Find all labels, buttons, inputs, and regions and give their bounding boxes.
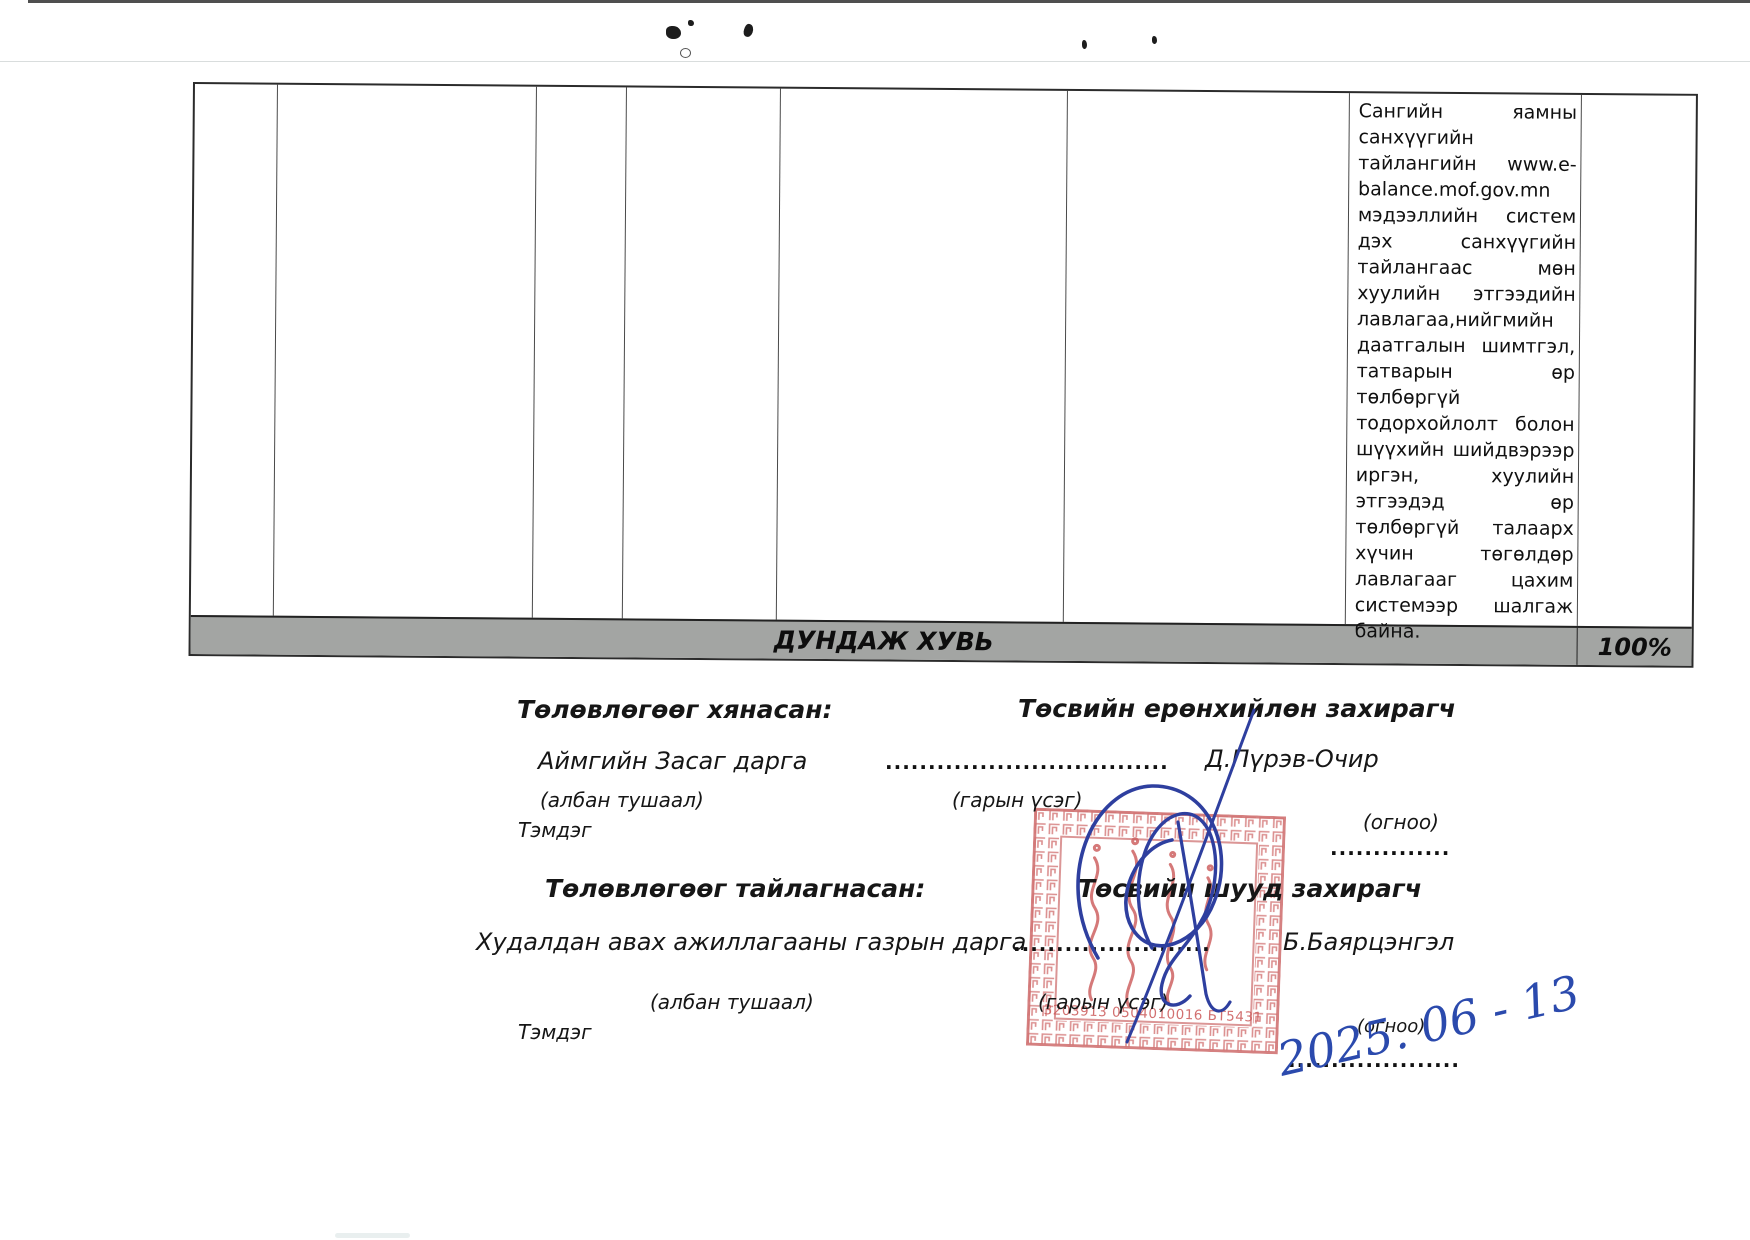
reviewed-name: Д.Пүрэв-Очир: [1205, 745, 1379, 773]
reviewed-signature-caption: (гарын үсэг): [952, 788, 1083, 812]
main-table: Сангийн яамны санхүүгийн тайлангийн www.…: [188, 82, 1697, 668]
table-note-cell: Сангийн яамны санхүүгийн тайлангийн www.…: [1346, 93, 1583, 626]
scan-top-edge: [28, 0, 1750, 3]
reviewed-signature-line: .................................: [885, 750, 1169, 774]
table-cell-empty: [1578, 95, 1696, 627]
scan-faint-rule: [0, 61, 1750, 62]
table-cell-empty: [191, 84, 278, 616]
reviewed-heading: Төлөвлөгөөг хянасан:: [517, 695, 832, 724]
reported-right-heading: Төсвийн шууд захирагч: [1078, 874, 1422, 903]
reported-heading: Төлөвлөгөөг тайлагнасан:: [545, 874, 925, 903]
ink-speck: [688, 20, 694, 26]
table-cell-empty: [274, 85, 537, 618]
reported-position-caption: (албан тушаал): [650, 990, 814, 1014]
reported-name: Б.Баярцэнгэл: [1283, 928, 1454, 956]
reviewed-right-heading: Төсвийн ерөнхийлөн захирагч: [1018, 694, 1456, 723]
reported-date-line: ....................: [1288, 1048, 1460, 1072]
table-cell-empty: [623, 87, 782, 619]
stamp-graphic: 3203913 0504010016 БТ5431: [1026, 808, 1286, 1055]
reviewed-position-caption: (албан тушаал): [540, 788, 704, 812]
ink-speck: [680, 48, 691, 58]
reviewed-date-line: ..............: [1330, 836, 1450, 860]
table-cell-empty: [777, 89, 1067, 622]
reported-date-caption: (огноо): [1357, 1016, 1425, 1037]
reviewed-position: Аймгийн Засаг дарга: [538, 747, 807, 775]
official-stamp: 3203913 0504010016 БТ5431: [1026, 808, 1286, 1055]
summary-value: 100%: [1578, 628, 1692, 666]
reported-signature-caption: (гарын үсэг): [1038, 990, 1169, 1014]
table-body-row: Сангийн яамны санхүүгийн тайлангийн www.…: [191, 84, 1696, 627]
reported-position: Худалдан авах ажиллагааны газрын дарга: [476, 928, 1026, 956]
scan-smudge: [335, 1233, 410, 1238]
ink-speck: [1082, 40, 1087, 49]
stamp-script: [1088, 837, 1215, 1010]
ink-speck: [666, 26, 681, 39]
reviewed-date-caption: (огноо): [1363, 810, 1439, 834]
scanned-document-page: Сангийн яамны санхүүгийн тайлангийн www.…: [0, 0, 1750, 1240]
reported-signature-line: .......................: [1013, 932, 1211, 956]
table-cell-empty: [533, 87, 627, 619]
note-text: Сангийн яамны санхүүгийн тайлангийн www.…: [1355, 100, 1578, 643]
ink-speck: [1152, 36, 1157, 44]
reviewed-stamp-label: Тэмдэг: [518, 818, 592, 842]
table-cell-empty: [1063, 91, 1349, 624]
reported-stamp-label: Тэмдэг: [518, 1020, 592, 1044]
ink-speck: [742, 23, 755, 38]
